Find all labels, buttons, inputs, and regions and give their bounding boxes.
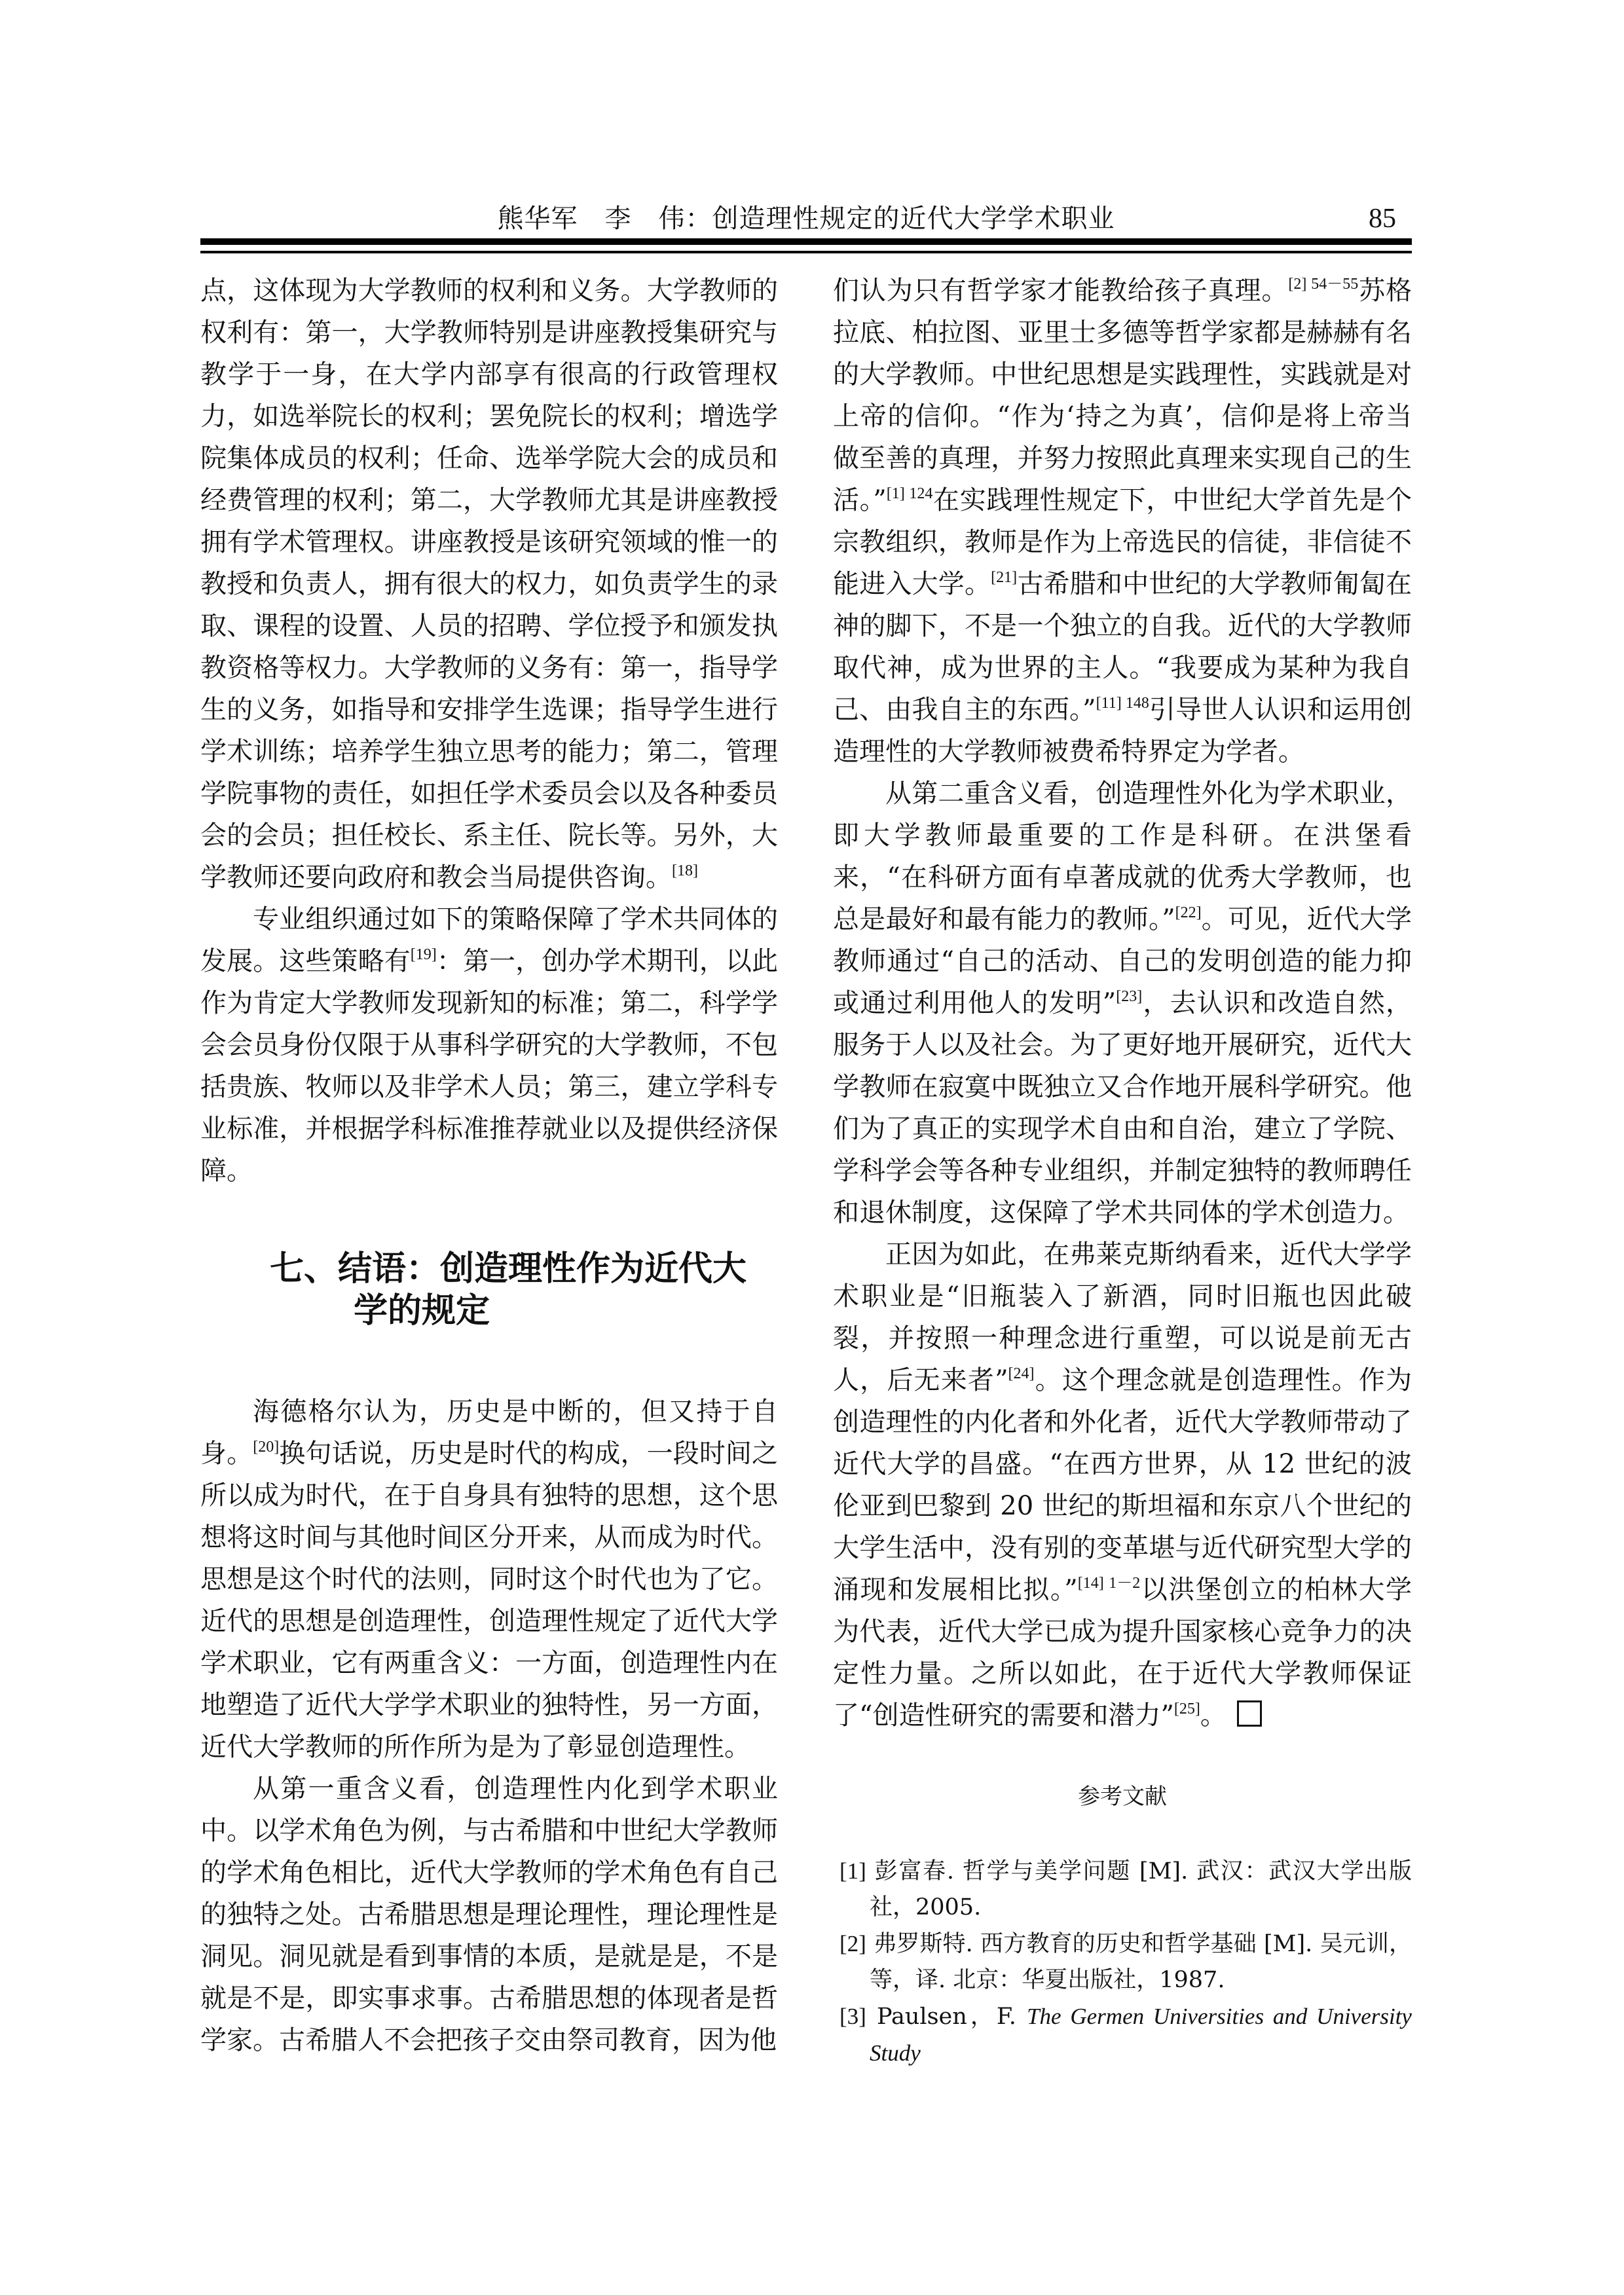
- citation-marker: [11] 148: [1096, 695, 1149, 712]
- citation-marker: [24]: [1008, 1365, 1035, 1382]
- citation-marker: [1] 124: [887, 485, 933, 502]
- reference-text: Paulsen，F.: [877, 2004, 1027, 2030]
- section-heading: 七、结语：创造理性作为近代大 学的规定: [200, 1248, 778, 1332]
- citation-marker: [18]: [672, 862, 698, 879]
- paragraph-text: 从第一重含义看，创造理性内化到学术职业中。以学术角色为例，与古希腊和中世纪大学教…: [200, 1774, 778, 2055]
- right-column: 们认为只有哲学家才能教给孩子真理。[2] 54－55苏格拉底、柏拉图、亚里士多德…: [833, 270, 1412, 2072]
- left-paragraphs: 点，这体现为大学教师的权利和义务。大学教师的权利有：第一，大学教师特别是讲座教授…: [200, 270, 778, 1192]
- header-rule-thick: [200, 238, 1412, 245]
- reference-item: [1] 彭富春. 哲学与美学问题 [M]. 武汉：武汉大学出版社，2005.: [833, 1853, 1412, 1926]
- citation-marker: [25]: [1174, 1700, 1200, 1717]
- body-paragraph: 从第一重含义看，创造理性内化到学术职业中。以学术角色为例，与古希腊和中世纪大学教…: [200, 1768, 778, 2061]
- reference-text: 弗罗斯特. 西方教育的历史和哲学基础 [M]. 吴元训，等，译. 北京：华夏出版…: [870, 1931, 1412, 1993]
- references-title: 参考文献: [833, 1782, 1412, 1811]
- paragraph-text: 。这个理念就是创造理性。作为创造理性的内化者和外化者，近代大学教师带动了近代大学…: [833, 1365, 1412, 1605]
- body-paragraph: 正因为如此，在弗莱克斯纳看来，近代大学学术职业是“旧瓶装入了新酒，同时旧瓶也因此…: [833, 1234, 1412, 1736]
- citation-marker: [22]: [1175, 904, 1202, 921]
- paragraph-text: ：第一，创办学术期刊，以此作为肯定大学教师发现新知的标准；第二，科学学会会员身份…: [200, 946, 778, 1186]
- references-list: [1] 彭富春. 哲学与美学问题 [M]. 武汉：武汉大学出版社，2005.[2…: [833, 1853, 1412, 2072]
- citation-marker: [21]: [991, 569, 1017, 586]
- body-paragraph: 海德格尔认为，历史是中断的，但又持于自身。[20]换句话说，历史是时代的构成，一…: [200, 1391, 778, 1768]
- section-heading-line2: 学的规定: [270, 1290, 778, 1332]
- reference-item: [2] 弗罗斯特. 西方教育的历史和哲学基础 [M]. 吴元训，等，译. 北京：…: [833, 1926, 1412, 1998]
- end-of-article-box-icon: [1237, 1700, 1262, 1727]
- body-paragraph: 点，这体现为大学教师的权利和义务。大学教师的权利有：第一，大学教师特别是讲座教授…: [200, 270, 778, 898]
- citation-marker: [19]: [411, 946, 437, 963]
- left-paragraphs-after-heading: 海德格尔认为，历史是中断的，但又持于自身。[20]换句话说，历史是时代的构成，一…: [200, 1391, 778, 2061]
- citation-marker: [2] 54－55: [1288, 276, 1358, 293]
- body-paragraph: 从第二重含义看，创造理性外化为学术职业，即大学教师最重要的工作是科研。在洪堡看来…: [833, 773, 1412, 1234]
- body-paragraph: 专业组织通过如下的策略保障了学术共同体的发展。这些策略有[19]：第一，创办学术…: [200, 898, 778, 1192]
- section-heading-line1: 七、结语：创造理性作为近代大: [270, 1248, 778, 1290]
- paragraph-text: 换句话说，历史是时代的构成，一段时间之所以成为时代，在于自身具有独特的思想，这个…: [200, 1439, 778, 1762]
- reference-number: [1]: [840, 1858, 866, 1884]
- running-title: 熊华军 李 伟：创造理性规定的近代大学学术职业: [200, 202, 1412, 236]
- reference-number: [3]: [840, 2004, 866, 2029]
- right-paragraphs: 们认为只有哲学家才能教给孩子真理。[2] 54－55苏格拉底、柏拉图、亚里士多德…: [833, 270, 1412, 1736]
- left-column: 点，这体现为大学教师的权利和义务。大学教师的权利有：第一，大学教师特别是讲座教授…: [200, 270, 778, 2061]
- running-header: 熊华军 李 伟：创造理性规定的近代大学学术职业 85: [200, 196, 1412, 236]
- reference-text: 彭富春. 哲学与美学问题 [M]. 武汉：武汉大学出版社，2005.: [870, 1858, 1412, 1920]
- paragraph-text: 苏格拉底、柏拉图、亚里士多德等哲学家都是赫赫有名的大学教师。中世纪思想是实践理性…: [833, 276, 1412, 515]
- reference-number: [2]: [840, 1931, 866, 1956]
- header-rule-thin: [200, 251, 1412, 253]
- citation-marker: [14] 1－2: [1078, 1575, 1140, 1592]
- paragraph-text: 们认为只有哲学家才能教给孩子真理。: [833, 276, 1288, 306]
- page-number: 85: [1369, 202, 1396, 236]
- citation-marker: [20]: [253, 1439, 279, 1456]
- body-paragraph: 们认为只有哲学家才能教给孩子真理。[2] 54－55苏格拉底、柏拉图、亚里士多德…: [833, 270, 1412, 773]
- paragraph-text: 。: [1200, 1700, 1227, 1731]
- paragraph-text: ，去认识和改造自然，服务于人以及社会。为了更好地开展研究，近代大学教师在寂寞中既…: [833, 988, 1412, 1228]
- paragraph-text: 点，这体现为大学教师的权利和义务。大学教师的权利有：第一，大学教师特别是讲座教授…: [200, 276, 778, 892]
- citation-marker: [23]: [1116, 988, 1142, 1005]
- reference-item: [3] Paulsen，F. The Germen Universities a…: [833, 1998, 1412, 2072]
